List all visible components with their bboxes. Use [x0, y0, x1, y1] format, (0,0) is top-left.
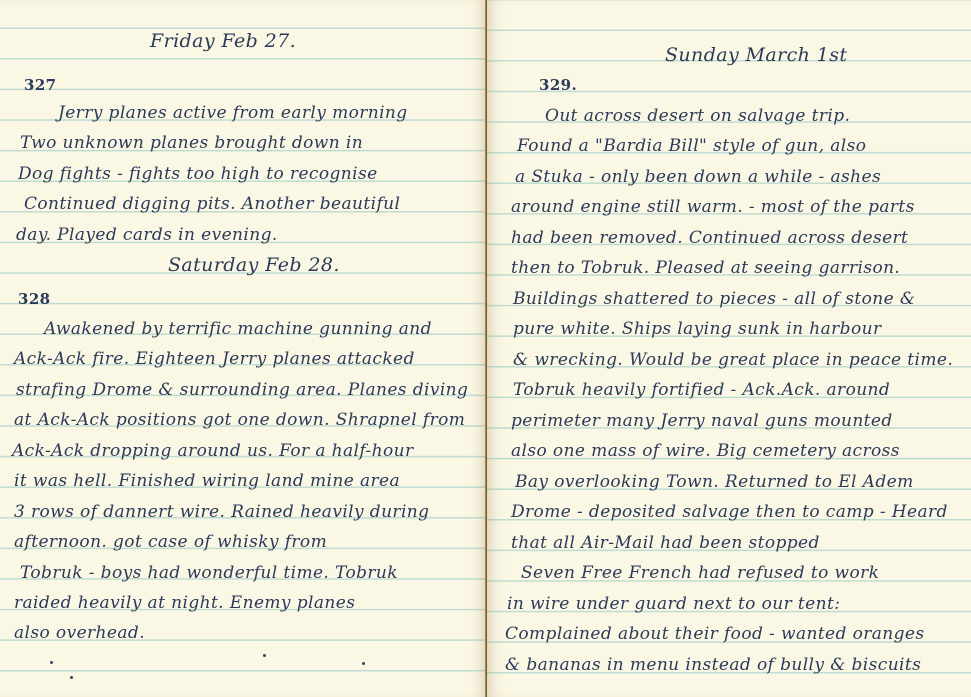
ink-speck: [263, 654, 266, 657]
entry-line: Tobruk - boys had wonderful time. Tobruk: [20, 563, 398, 583]
entry-number: 327: [24, 76, 57, 94]
entry-line: Found a "Bardia Bill" style of gun, also: [517, 136, 866, 156]
entry-line: & wrecking. Would be great place in peac…: [513, 350, 953, 370]
diary-spread: Friday Feb 27. 327 Jerry planes active f…: [0, 0, 971, 697]
entry-line: Awakened by terrific machine gunning and: [44, 319, 432, 339]
entry-line: afternoon. got case of whisky from: [14, 532, 327, 552]
entry-line: also overhead.: [14, 623, 145, 643]
entry-line: Seven Free French had refused to work: [521, 563, 879, 583]
entry-heading: Sunday March 1st: [665, 44, 847, 66]
entry-number: 328: [18, 290, 51, 308]
entry-line: Two unknown planes brought down in: [20, 133, 363, 153]
entry-line: Drome - deposited salvage then to camp -…: [511, 502, 948, 522]
entry-line: Ack-Ack dropping around us. For a half-h…: [12, 441, 413, 461]
entry-line: that all Air-Mail had been stopped: [511, 533, 820, 553]
entry-line: strafing Drome & surrounding area. Plane…: [16, 380, 468, 400]
entry-line: Bay overlooking Town. Returned to El Ade…: [515, 472, 914, 492]
entry-line: Tobruk heavily fortified - Ack.Ack. arou…: [513, 380, 890, 400]
right-page: Sunday March 1st 329. Out across desert …: [487, 0, 971, 697]
entry-line: pure white. Ships laying sunk in harbour: [513, 319, 881, 339]
entry-line: Buildings shattered to pieces - all of s…: [513, 289, 915, 309]
entry-line: around engine still warm. - most of the …: [511, 197, 915, 217]
ink-speck: [70, 676, 73, 679]
entry-line: 3 rows of dannert wire. Rained heavily d…: [14, 502, 429, 522]
ink-speck: [362, 662, 365, 665]
entry-line: raided heavily at night. Enemy planes: [14, 593, 355, 613]
entry-heading: Saturday Feb 28.: [168, 254, 340, 276]
entry-number: 329.: [539, 76, 577, 94]
entry-line: Out across desert on salvage trip.: [545, 106, 850, 126]
entry-line: & bananas in menu instead of bully & bis…: [505, 655, 921, 675]
entry-line: then to Tobruk. Pleased at seeing garris…: [511, 258, 900, 278]
entry-heading: Friday Feb 27.: [150, 30, 296, 52]
left-page: Friday Feb 27. 327 Jerry planes active f…: [0, 0, 486, 697]
ink-speck: [50, 661, 53, 664]
entry-line: Jerry planes active from early morning: [58, 103, 408, 123]
entry-line: Ack-Ack fire. Eighteen Jerry planes atta…: [14, 349, 415, 369]
entry-line: Dog fights - fights too high to recognis…: [18, 164, 378, 184]
entry-line: Continued digging pits. Another beautifu…: [24, 194, 400, 214]
entry-line: a Stuka - only been down a while - ashes: [515, 167, 881, 187]
entry-line: at Ack-Ack positions got one down. Shrap…: [14, 410, 465, 430]
entry-line: also one mass of wire. Big cemetery acro…: [511, 441, 900, 461]
entry-line: in wire under guard next to our tent:: [507, 594, 840, 614]
entry-line: it was hell. Finished wiring land mine a…: [14, 471, 400, 491]
entry-line: Complained about their food - wanted ora…: [505, 624, 925, 644]
entry-line: perimeter many Jerry naval guns mounted: [511, 411, 893, 431]
entry-line: had been removed. Continued across deser…: [511, 228, 908, 248]
entry-line: day. Played cards in evening.: [16, 225, 278, 245]
